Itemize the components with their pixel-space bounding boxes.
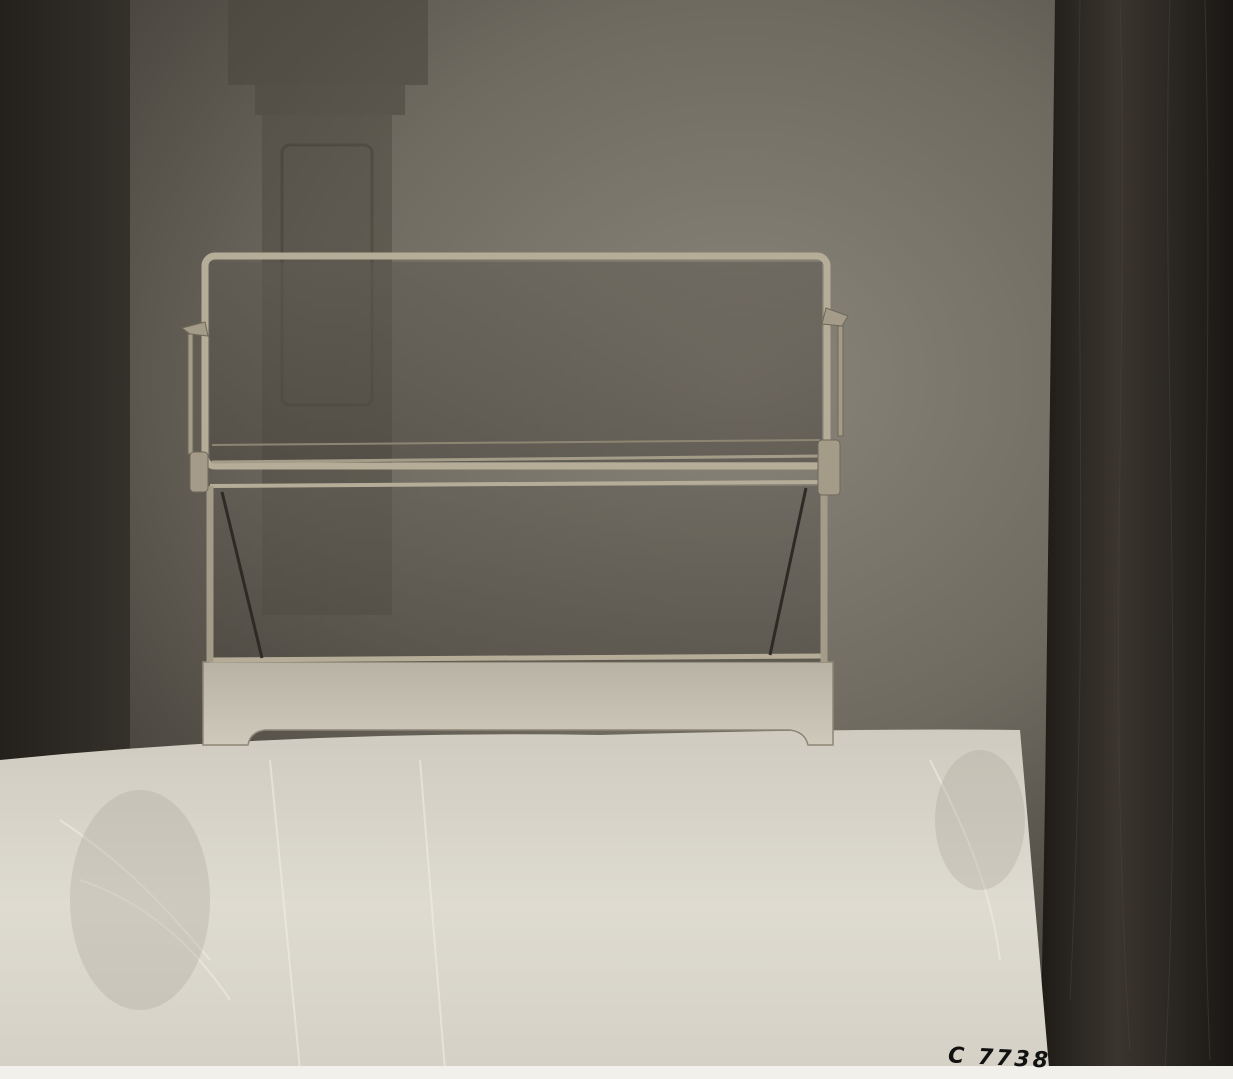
- lower-glass-panel: [212, 486, 824, 662]
- left-curtain: [0, 0, 130, 760]
- catalog-number: C 7738: [947, 1043, 1051, 1073]
- right-curtain: [1040, 0, 1233, 1079]
- photograph: [0, 0, 1233, 1079]
- upper-glass-panel: [210, 262, 822, 462]
